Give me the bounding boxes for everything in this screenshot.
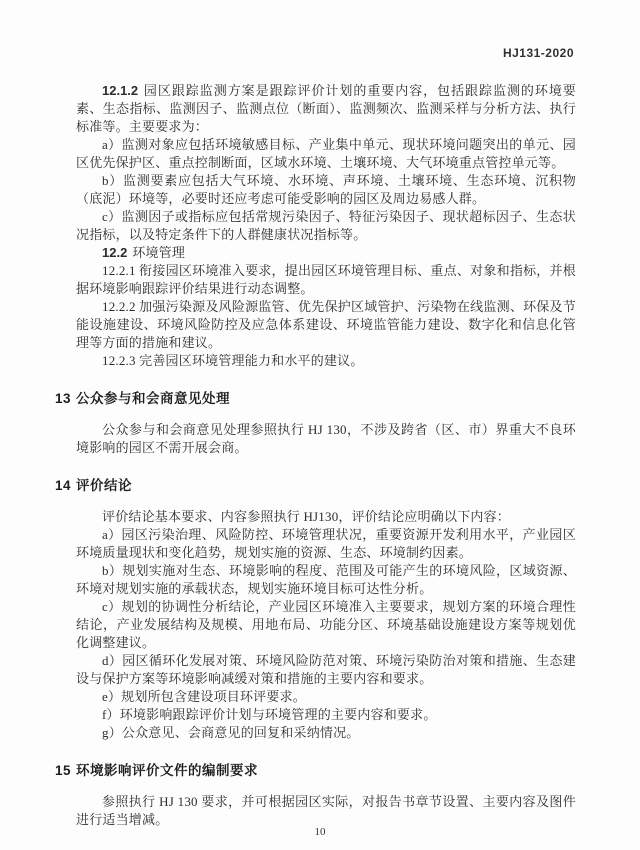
section-13-number: 13 (55, 391, 71, 406)
list-item-14-a: a）园区污染治理、风险防控、环境管理状况，重要资源开发利用水平，产业园区环境质量… (76, 526, 576, 562)
list-item-14-d: d）园区循环化发展对策、环境风险防范对策、环境污染防治对策和措施、生态建设与保护… (76, 652, 576, 688)
document-content: 12.1.2园区跟踪监测方案是跟踪评价计划的重要内容，包括跟踪监测的环境要素、生… (76, 82, 576, 829)
section-15-title: 环境影响评价文件的编制要求 (76, 763, 258, 778)
list-item-14-b: b）规划实施对生态、环境影响的程度、范围及可能产生的环境风险，区域资源、环境对规… (76, 562, 576, 598)
paragraph-15: 参照执行 HJ 130 要求，并可根据园区实际，对报告书章节设置、主要内容及图件… (76, 793, 576, 829)
page-number: 10 (315, 826, 326, 838)
section-15-number: 15 (55, 763, 71, 778)
subheading-12-2-number: 12.2 (102, 245, 127, 260)
section-heading-14: 14评价结论 (55, 477, 576, 495)
list-item-14-f: f）环境影响跟踪评价计划与环境管理的主要内容和要求。 (76, 706, 576, 724)
clause-12-2-3: 12.2.3 完善园区环境管理能力和水平的建议。 (76, 352, 576, 370)
subheading-12-2: 12.2环境管理 (76, 244, 576, 262)
clause-12-2-1: 12.2.1 衔接园区环境准入要求，提出园区环境管理目标、重点、对象和指标，并根… (76, 262, 576, 298)
paragraph-13: 公众参与和会商意见处理参照执行 HJ 130，不涉及跨省（区、市）界重大不良环境… (76, 421, 576, 457)
subheading-12-2-title: 环境管理 (132, 245, 185, 260)
clause-12-1-2-text: 园区跟踪监测方案是跟踪评价计划的重要内容，包括跟踪监测的环境要素、生态指标、监测… (76, 83, 576, 134)
page-footer: 10 (0, 826, 640, 838)
doc-number: HJ131-2020 (503, 46, 574, 60)
section-14-title: 评价结论 (76, 478, 132, 493)
document-page: HJ131-2020 12.1.2园区跟踪监测方案是跟踪评价计划的重要内容，包括… (0, 0, 640, 850)
list-item-12-c: c）监测因子或指标应包括常规污染因子、特征污染因子、现状超标因子、生态状况指标，… (76, 208, 576, 244)
clause-12-1-2-number: 12.1.2 (102, 83, 138, 98)
list-item-14-e: e）规划所包含建设项目环评要求。 (76, 688, 576, 706)
list-item-14-c: c）规划的协调性分析结论，产业园区环境准入主要要求，规划方案的环境合理性结论，产… (76, 598, 576, 652)
page-header: HJ131-2020 (503, 46, 574, 60)
section-heading-13: 13公众参与和会商意见处理 (55, 390, 576, 408)
section-14-number: 14 (55, 478, 71, 493)
section-13-title: 公众参与和会商意见处理 (76, 391, 230, 406)
paragraph-14-intro: 评价结论基本要求、内容参照执行 HJ130，评价结论应明确以下内容： (76, 508, 576, 526)
list-item-14-g: g）公众意见、会商意见的回复和采纳情况。 (76, 724, 576, 742)
section-heading-15: 15环境影响评价文件的编制要求 (55, 762, 576, 780)
list-item-12-b: b）监测要素应包括大气环境、水环境、声环境、土壤环境、生态环境、沉积物（底泥）环… (76, 172, 576, 208)
clause-12-2-2: 12.2.2 加强污染源及风险源监管、优先保护区域管护、污染物在线监测、环保及节… (76, 298, 576, 352)
clause-12-1-2: 12.1.2园区跟踪监测方案是跟踪评价计划的重要内容，包括跟踪监测的环境要素、生… (76, 82, 576, 136)
list-item-12-a: a）监测对象应包括环境敏感目标、产业集中单元、现状环境问题突出的单元、园区优先保… (76, 136, 576, 172)
